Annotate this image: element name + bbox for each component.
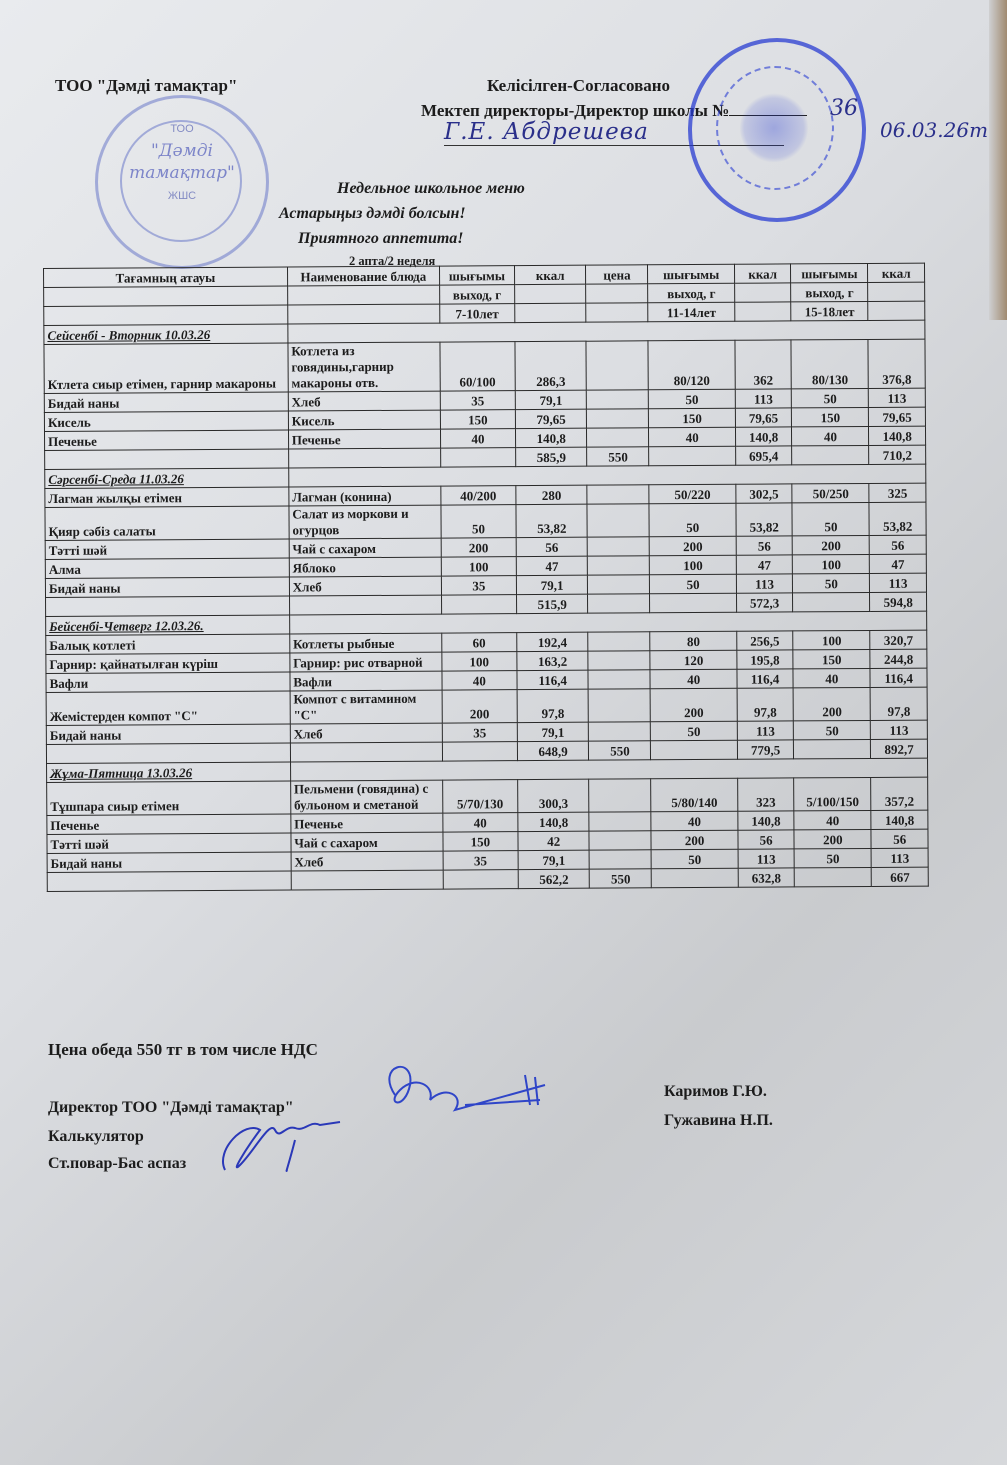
price-cell (588, 575, 650, 594)
table-row: Ктлета сиыр етімен, гарнир макароныКотле… (44, 339, 925, 393)
column-header: шығымы (648, 264, 734, 284)
empty-cell (45, 449, 289, 469)
kcal-15-18: 113 (870, 573, 927, 592)
yield-11-14: 200 (651, 830, 737, 850)
column-header: 11-14лет (648, 302, 734, 322)
yield-7-10: 60 (442, 633, 517, 652)
yield-15-18: 50 (794, 848, 871, 867)
column-header (515, 284, 587, 303)
calculator-name: Гужавина Н.П. (664, 1112, 773, 1130)
yield-11-14: 80 (650, 631, 736, 651)
kcal-7-10: 140,8 (518, 812, 590, 831)
dish-name-ru: Гарнир: рис отварной (290, 652, 442, 672)
kcal-7-10: 42 (518, 831, 590, 850)
dish-name-kz: Лагман жылқы етімен (45, 487, 289, 507)
total-kcal-15-18: 594,8 (870, 592, 927, 611)
dish-name-ru: Печенье (288, 429, 440, 449)
dish-name-kz: Ктлета сиыр етімен, гарнир макароны (44, 343, 288, 393)
total-kcal-7-10: 648,9 (517, 741, 589, 760)
yield-7-10: 40 (443, 813, 518, 832)
total-kcal-15-18: 892,7 (871, 739, 928, 758)
price-cell (589, 831, 651, 850)
yield-11-14: 40 (651, 811, 737, 831)
price-cell (590, 850, 652, 869)
yield-15-18: 50/250 (792, 483, 869, 502)
yield-15-18: 200 (794, 829, 871, 848)
total-kcal-7-10: 585,9 (516, 447, 588, 466)
price-cell (587, 409, 649, 428)
director-label: Директор ТОО "Дәмді тамақтар" (48, 1099, 294, 1117)
column-header: ккал (734, 264, 791, 283)
column-header (868, 282, 925, 301)
kcal-15-18: 47 (870, 554, 927, 573)
kcal-11-14: 302,5 (736, 484, 793, 503)
kcal-7-10: 140,8 (515, 428, 587, 447)
kcal-15-18: 140,8 (871, 810, 928, 829)
kcal-7-10: 79,1 (517, 722, 589, 741)
kcal-11-14: 140,8 (735, 427, 792, 446)
empty-cell (795, 867, 872, 886)
dish-name-ru: Чай с сахаром (289, 538, 441, 558)
empty-cell (793, 592, 870, 611)
yield-15-18: 80/130 (791, 339, 868, 388)
company-stamp: ТОО "Дәмді тамақтар" ЖШС (95, 95, 269, 269)
kcal-11-14: 323 (737, 778, 794, 811)
empty-cell (289, 595, 441, 615)
yield-7-10: 100 (442, 652, 517, 671)
dish-name-kz: Тәтті шәй (47, 833, 291, 853)
agreed-label: Келісілген-Согласовано (487, 76, 670, 96)
kcal-7-10: 163,2 (517, 651, 589, 670)
column-header (287, 285, 439, 305)
yield-15-18: 100 (793, 630, 870, 649)
yield-15-18: 150 (792, 407, 869, 426)
dish-name-ru: Хлеб (289, 576, 441, 596)
yield-15-18: 50 (794, 720, 871, 739)
yield-11-14: 50 (649, 389, 735, 409)
kcal-15-18: 97,8 (870, 687, 927, 720)
menu-table: Тағамның атауыНаименование блюдашығымыкк… (43, 263, 929, 892)
wish-russian: Приятного аппетита! (298, 230, 464, 248)
kcal-11-14: 113 (737, 721, 794, 740)
empty-cell (651, 740, 737, 760)
price-cell (588, 556, 650, 575)
school-stamp (688, 38, 866, 222)
kcal-7-10: 192,4 (517, 632, 589, 651)
price-cell (587, 428, 649, 447)
kcal-15-18: 244,8 (870, 649, 927, 668)
price-cell (589, 779, 651, 812)
company-name: ТОО "Дәмді тамақтар" (55, 76, 237, 96)
yield-15-18: 40 (793, 668, 870, 687)
kcal-15-18: 113 (871, 848, 928, 867)
menu-title: Недельное школьное меню (337, 180, 525, 198)
kcal-15-18: 376,8 (868, 339, 925, 388)
price-cell (586, 341, 648, 390)
price-cell (588, 537, 650, 556)
dish-name-kz: Гарнир: қайнатылған күріш (46, 653, 290, 673)
calculator-signature (215, 1110, 345, 1180)
yield-11-14: 50/220 (649, 484, 735, 504)
day-label: Сәрсенбі-Среда 11.03.26 (45, 468, 289, 488)
kcal-11-14: 140,8 (738, 811, 795, 830)
dish-name-kz: Кисель (44, 411, 288, 431)
total-kcal-15-18: 667 (872, 867, 929, 886)
dish-name-kz: Бидай наны (46, 724, 290, 744)
column-header: шығымы (791, 263, 868, 282)
column-header (586, 303, 648, 322)
empty-cell (288, 448, 440, 468)
kcal-15-18: 116,4 (870, 668, 927, 687)
yield-7-10: 5/70/130 (442, 780, 517, 813)
kcal-11-14: 97,8 (737, 688, 794, 721)
column-header (44, 305, 288, 325)
kcal-11-14: 195,8 (737, 650, 794, 669)
total-kcal-15-18: 710,2 (869, 445, 926, 464)
total-kcal-7-10: 515,9 (516, 594, 588, 613)
price-cell (589, 812, 651, 831)
empty-cell (794, 739, 871, 758)
empty-cell (440, 448, 515, 467)
empty-cell (291, 870, 443, 890)
kcal-15-18: 325 (869, 483, 926, 502)
dish-name-ru: Кисель (288, 410, 440, 430)
kcal-11-14: 47 (736, 555, 793, 574)
column-header (586, 284, 648, 303)
dish-name-ru: Печенье (291, 813, 443, 833)
kcal-11-14: 56 (736, 536, 793, 555)
dish-name-kz: Балық котлеті (46, 634, 290, 654)
kcal-11-14: 362 (735, 340, 792, 389)
column-header: выход, г (439, 285, 514, 304)
price-cell (587, 485, 649, 504)
yield-11-14: 200 (651, 688, 738, 722)
dish-name-ru: Чай с сахаром (291, 832, 443, 852)
dish-name-kz: Алма (45, 558, 289, 578)
kcal-7-10: 79,1 (518, 850, 590, 869)
kcal-7-10: 79,1 (515, 390, 587, 409)
desk-edge (989, 0, 1007, 320)
yield-15-18: 200 (793, 535, 870, 554)
empty-cell (47, 871, 291, 891)
column-header (44, 286, 288, 306)
yield-11-14: 200 (650, 536, 736, 556)
kcal-15-18: 56 (870, 535, 927, 554)
dish-name-ru: Салат из моркови и огурцов (289, 505, 441, 539)
table-row: Жемістерден компот "С"Компот с витамином… (46, 687, 927, 725)
yield-7-10: 200 (442, 690, 517, 723)
yield-15-18: 40 (794, 810, 871, 829)
total-kcal-11-14: 779,5 (737, 740, 794, 759)
empty-cell (649, 446, 735, 466)
lunch-price: 550 (587, 447, 649, 466)
yield-11-14: 80/120 (648, 340, 735, 390)
column-header (868, 301, 925, 320)
kcal-7-10: 116,4 (517, 670, 589, 689)
kcal-11-14: 116,4 (737, 669, 794, 688)
dish-name-kz: Бидай наны (45, 577, 289, 597)
chef-label: Ст.повар-Бас аспаз (48, 1155, 186, 1173)
column-header: 15-18лет (791, 301, 868, 320)
kcal-15-18: 79,65 (869, 407, 926, 426)
yield-7-10: 60/100 (440, 342, 515, 391)
dish-name-kz: Вафли (46, 672, 290, 692)
day-label: Жұма-Пятница 13.03.26 (47, 762, 291, 782)
yield-7-10: 35 (443, 851, 518, 870)
day-label: Сейсенбі - Вторник 10.03.26 (44, 324, 288, 344)
date-handwritten: 06.03.26т (880, 118, 988, 142)
dish-name-kz: Бидай наны (44, 392, 288, 412)
total-kcal-11-14: 572,3 (736, 593, 793, 612)
yield-11-14: 50 (652, 849, 738, 869)
price-cell (587, 504, 649, 537)
kcal-7-10: 53,82 (516, 504, 588, 537)
kcal-15-18: 357,2 (871, 777, 928, 810)
day-total-row: 562,2550632,8667 (47, 867, 928, 891)
empty-cell (46, 743, 290, 763)
kcal-11-14: 113 (735, 389, 792, 408)
kcal-15-18: 320,7 (870, 630, 927, 649)
yield-11-14: 50 (651, 721, 737, 741)
dish-name-kz: Тұшпара сиыр етімен (47, 781, 291, 815)
school-director-text: Мектеп директоры-Директор школы № (421, 101, 729, 120)
column-header: Наименование блюда (287, 266, 439, 286)
kcal-11-14: 56 (738, 830, 795, 849)
total-kcal-11-14: 632,8 (738, 868, 795, 887)
yield-7-10: 40 (442, 671, 517, 690)
dish-name-ru: Хлеб (288, 391, 440, 411)
dish-name-ru: Пельмени (говядина) с бульоном и сметано… (290, 780, 442, 814)
kcal-15-18: 113 (869, 388, 926, 407)
yield-15-18: 200 (793, 687, 870, 720)
yield-11-14: 50 (650, 574, 736, 594)
kcal-7-10: 56 (516, 537, 588, 556)
state-emblem-icon (740, 92, 808, 164)
column-header: Тағамның атауы (44, 267, 288, 287)
dish-name-ru: Хлеб (291, 851, 443, 871)
dish-name-ru: Лагман (конина) (289, 486, 441, 506)
kcal-11-14: 113 (736, 574, 793, 593)
dish-name-kz: Бидай наны (47, 852, 291, 872)
empty-cell (650, 593, 736, 613)
column-header (515, 303, 587, 322)
stamp-bottom-text: ЖШС (98, 190, 266, 202)
kcal-7-10: 286,3 (515, 341, 587, 390)
price-cell (588, 632, 650, 651)
kcal-11-14: 53,82 (736, 503, 793, 536)
table-row: Қияр сәбіз салатыСалат из моркови и огур… (45, 502, 926, 540)
kcal-15-18: 56 (871, 829, 928, 848)
dish-name-kz: Қияр сәбіз салаты (45, 506, 289, 540)
yield-15-18: 50 (792, 388, 869, 407)
kcal-15-18: 113 (871, 720, 928, 739)
total-kcal-11-14: 695,4 (735, 446, 792, 465)
kcal-7-10: 97,8 (517, 689, 589, 722)
wish-kazakh: Астарыңыз дәмді болсын! (279, 205, 466, 223)
lunch-price: 550 (590, 869, 652, 888)
dish-name-ru: Хлеб (290, 723, 442, 743)
dish-name-kz: Тәтті шәй (45, 539, 289, 559)
empty-cell (441, 595, 516, 614)
lunch-price-note: Цена обеда 550 тг в том числе НДС (48, 1040, 318, 1060)
price-cell (589, 689, 651, 722)
yield-11-14: 100 (650, 555, 736, 575)
column-header: 7-10лет (440, 304, 515, 323)
kcal-15-18: 53,82 (869, 502, 926, 535)
yield-11-14: 40 (650, 669, 736, 689)
price-cell (588, 651, 650, 670)
yield-15-18: 5/100/150 (794, 777, 871, 810)
empty-cell (443, 870, 518, 889)
column-header: шығымы (439, 266, 514, 285)
column-header (735, 302, 792, 321)
lunch-price: 550 (589, 741, 651, 760)
kcal-15-18: 140,8 (869, 426, 926, 445)
kcal-11-14: 79,65 (735, 408, 792, 427)
yield-7-10: 50 (441, 505, 516, 538)
empty-cell (290, 742, 442, 762)
column-header: ккал (868, 263, 925, 282)
kcal-11-14: 113 (738, 849, 795, 868)
dish-name-kz: Жемістерден компот "С" (46, 691, 290, 725)
yield-11-14: 150 (649, 408, 735, 428)
yield-7-10: 35 (441, 576, 516, 595)
dish-name-ru: Вафли (290, 671, 442, 691)
dish-name-kz: Печенье (44, 430, 288, 450)
calculator-label: Калькулятор (48, 1128, 144, 1146)
yield-11-14: 120 (650, 650, 736, 670)
empty-cell (46, 596, 290, 616)
column-header: выход, г (648, 283, 734, 303)
yield-7-10: 40 (440, 429, 515, 448)
yield-15-18: 50 (793, 573, 870, 592)
empty-cell (442, 742, 517, 761)
yield-7-10: 100 (441, 557, 516, 576)
yield-15-18: 50 (792, 502, 869, 535)
stamp-middle-text: "Дәмді тамақтар" (98, 140, 266, 184)
dish-name-ru: Котлеты рыбные (290, 633, 442, 653)
dish-name-ru: Компот с витамином "С" (290, 690, 442, 724)
director-signature (375, 1055, 555, 1125)
dish-name-kz: Печенье (47, 814, 291, 834)
yield-7-10: 150 (443, 832, 518, 851)
yield-7-10: 150 (440, 410, 515, 429)
yield-11-14: 50 (649, 503, 736, 537)
empty-cell (792, 445, 869, 464)
yield-11-14: 5/80/140 (651, 778, 738, 812)
column-header (734, 283, 791, 302)
kcal-7-10: 280 (516, 485, 588, 504)
kcal-7-10: 47 (516, 556, 588, 575)
dish-name-ru: Котлета из говядины,гарнир макароны отв. (288, 342, 440, 392)
lunch-price (588, 594, 650, 613)
yield-15-18: 40 (792, 426, 869, 445)
price-cell (588, 670, 650, 689)
dish-name-ru: Яблоко (289, 557, 441, 577)
column-header: ккал (514, 265, 586, 284)
stamp-top-text: ТОО (98, 123, 266, 135)
total-kcal-7-10: 562,2 (518, 869, 590, 888)
kcal-7-10: 79,65 (515, 409, 587, 428)
kcal-11-14: 256,5 (737, 631, 794, 650)
empty-cell (652, 868, 738, 888)
day-label: Бейсенбі-Четверг 12.03.26. (46, 615, 290, 635)
table-row: Тұшпара сиыр етіменПельмени (говядина) с… (47, 777, 928, 815)
director-name: Каримов Г.Ю. (664, 1083, 767, 1101)
price-cell (587, 390, 649, 409)
column-header: выход, г (791, 282, 868, 301)
kcal-7-10: 79,1 (516, 575, 588, 594)
yield-7-10: 40/200 (441, 486, 516, 505)
yield-15-18: 150 (793, 649, 870, 668)
yield-7-10: 35 (440, 391, 515, 410)
column-header: цена (586, 265, 648, 284)
column-header (288, 304, 440, 324)
yield-11-14: 40 (649, 427, 735, 447)
price-cell (589, 722, 651, 741)
yield-7-10: 200 (441, 538, 516, 557)
yield-15-18: 100 (793, 554, 870, 573)
kcal-7-10: 300,3 (518, 779, 590, 812)
yield-7-10: 35 (442, 723, 517, 742)
